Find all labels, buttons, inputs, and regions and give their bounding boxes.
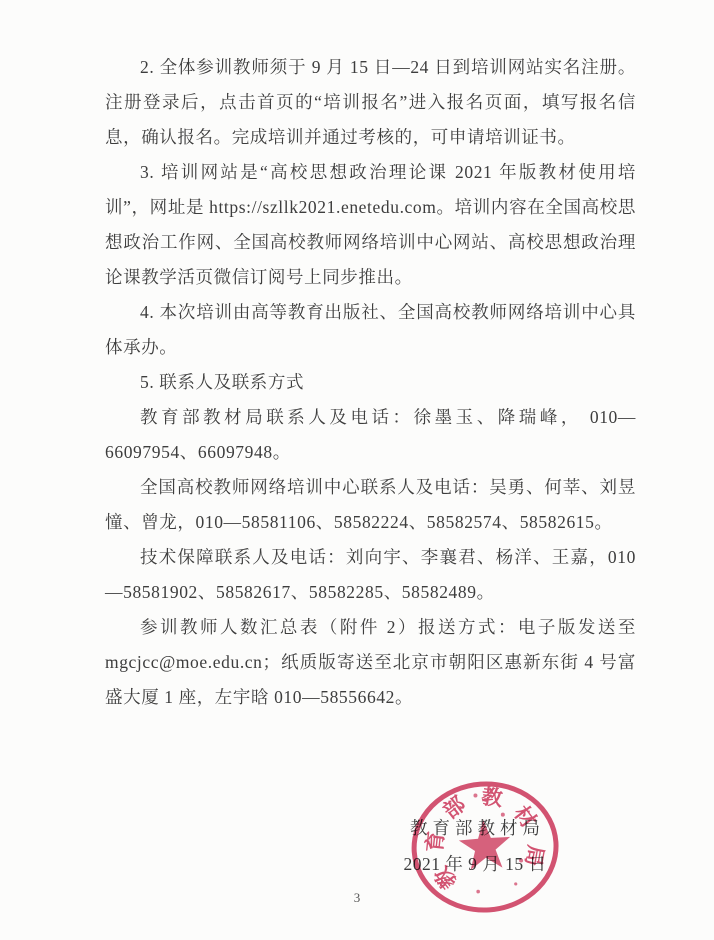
svg-text:育: 育 (422, 830, 448, 853)
svg-text:材: 材 (509, 801, 541, 832)
notice-paragraph: 技术保障联系人及电话：刘向宇、李襄君、杨洋、王嘉，010—58581902、58… (105, 540, 636, 610)
svg-text:教: 教 (480, 784, 505, 811)
svg-text:局: 局 (521, 843, 548, 868)
notice-body-text: 2. 全体参训教师须于 9 月 15 日—24 日到培训网站实名注册。注册登录后… (105, 50, 636, 715)
notice-paragraph: 教育部教材局联系人及电话：徐墨玉、降瑞峰， 010—66097954、66097… (105, 400, 636, 470)
notice-paragraph: 3. 培训网站是“高校思想政治理论课 2021 年版教材使用培训”，网址是 ht… (105, 155, 636, 295)
page-number: 3 (0, 890, 714, 906)
scanned-notice-page: 2. 全体参训教师须于 9 月 15 日—24 日到培训网站实名注册。注册登录后… (0, 0, 714, 940)
notice-paragraph: 5. 联系人及联系方式 (105, 365, 636, 400)
notice-paragraph: 全国高校教师网络培训中心联系人及电话：吴勇、何莘、刘昱憧、曾龙，010—5858… (105, 470, 636, 540)
notice-paragraph: 4. 本次培训由高等教育出版社、全国高校教师网络培训中心具体承办。 (105, 295, 636, 365)
notice-paragraph: 参训教师人数汇总表（附件 2）报送方式：电子版发送至 mgcjcc@moe.ed… (105, 610, 636, 715)
notice-paragraph: 2. 全体参训教师须于 9 月 15 日—24 日到培训网站实名注册。注册登录后… (105, 50, 636, 155)
